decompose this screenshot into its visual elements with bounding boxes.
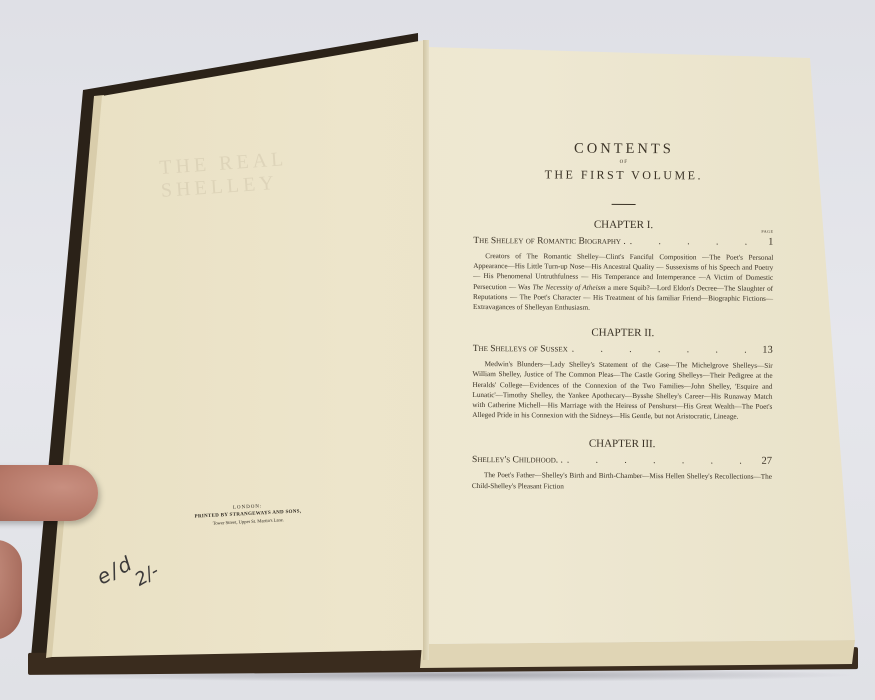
chapter-entry: CHAPTER III. Shelley's Childhood. . . . … <box>472 437 772 492</box>
chapter-entry: CHAPTER II. The Shelleys of Sussex . . .… <box>472 326 773 422</box>
chapter-summary: The Poet's Father—Shelley's Birth and Bi… <box>472 470 772 492</box>
chapter-label: CHAPTER II. <box>473 326 773 340</box>
chapter-title: The Shelleys of Sussex <box>473 344 568 355</box>
table-of-contents: CONTENTS OF THE FIRST VOLUME. CHAPTER I.… <box>472 140 774 493</box>
leader-dots: . . . . . . . . . . . . . . . <box>572 345 751 356</box>
summary-italic-title: The Necessity of Atheism <box>532 283 605 291</box>
chapter-title: Shelley's Childhood. . <box>472 455 563 466</box>
contents-heading: CONTENTS <box>474 140 774 159</box>
hand-thumb <box>0 540 22 640</box>
chapter-label: CHAPTER III. <box>472 437 772 451</box>
chapter-page-number: 27 <box>754 456 772 467</box>
chapter-title-line: The Shelleys of Sussex . . . . . . . . .… <box>473 343 773 356</box>
chapter-title-line: PAGE The Shelley of Romantic Biography .… <box>473 235 773 248</box>
chapter-summary: Medwin's Blunders—Lady Shelley's Stateme… <box>472 359 772 422</box>
chapter-title: The Shelley of Romantic Biography . <box>473 236 625 247</box>
leader-dots: . . . . . . . . . . . . . . . <box>630 237 752 248</box>
chapter-page-number: 1 <box>755 237 773 248</box>
divider-rule <box>612 204 636 205</box>
chapter-entry: CHAPTER I. PAGE The Shelley of Romantic … <box>473 218 774 314</box>
chapter-label: CHAPTER I. <box>473 218 773 232</box>
chapter-summary: Creators of The Romantic Shelley—Clint's… <box>473 251 773 314</box>
page-column-label: PAGE <box>761 229 773 234</box>
leader-dots: . . . . . . . . . . . . . . . <box>567 456 750 467</box>
chapter-page-number: 13 <box>755 345 773 356</box>
book-gutter <box>423 40 429 660</box>
hand-finger <box>0 465 98 521</box>
book-photo: THE REAL SHELLEY LONDON: PRINTED BY STRA… <box>0 0 875 700</box>
chapter-title-line: Shelley's Childhood. . . . . . . . . . .… <box>472 454 772 467</box>
contents-subheading: THE FIRST VOLUME. <box>474 167 774 184</box>
contents-of: OF <box>474 159 774 166</box>
